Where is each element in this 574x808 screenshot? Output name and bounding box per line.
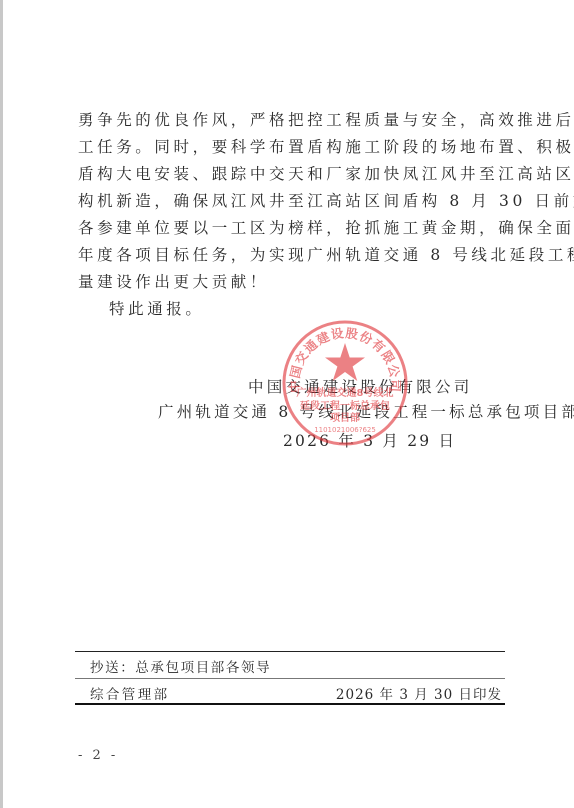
seal-inner-line3: 项目部 (330, 411, 360, 424)
page-left-edge (0, 0, 3, 808)
body-line: 量建设作出更大贡献！ (78, 269, 504, 296)
footer-rule-middle (75, 678, 505, 679)
seal-inner-line1: 广州轨道交通8号线北 (297, 386, 394, 399)
print-date: 2026 年 3 月 30 日印发 (336, 683, 502, 703)
body-line: 盾构大电安装、跟踪中交天和厂家加快凤江风井至江高站区间盾 (78, 161, 504, 188)
body-line: 年度各项目标任务，为实现广州轨道交通 8 号线北延段工程高质 (78, 242, 504, 269)
footer-rule-top (75, 651, 505, 652)
body-line: 勇争先的优良作风，严格把控工程质量与安全，高效推进后续施 (78, 107, 504, 134)
official-seal-icon: 中国交通建设股份有限公司 广州轨道交通8号线北 延段工程一标总承包 项目部 11… (281, 319, 409, 447)
page-number: - 2 - (78, 748, 118, 763)
seal-inner-line2: 延段工程一标总承包 (300, 399, 390, 412)
body-line: 各参建单位要以一工区为榜样，抢抓施工黄金期，确保全面完成 (78, 215, 504, 242)
footer-rule-bottom (75, 703, 505, 705)
issuing-department: 综合管理部 (90, 683, 170, 703)
cc-line: 抄送：总承包项目部各领导 (90, 656, 271, 676)
seal-code: 1101021006?625 (314, 426, 376, 434)
document-body: 勇争先的优良作风，严格把控工程质量与安全，高效推进后续施 工任务。同时，要科学布… (78, 107, 504, 323)
body-line: 工任务。同时，要科学布置盾构施工阶段的场地布置、积极沟通 (78, 134, 504, 161)
body-line: 构机新造，确保凤江风井至江高站区间盾构 8 月 30 日前始发。 (78, 188, 504, 215)
